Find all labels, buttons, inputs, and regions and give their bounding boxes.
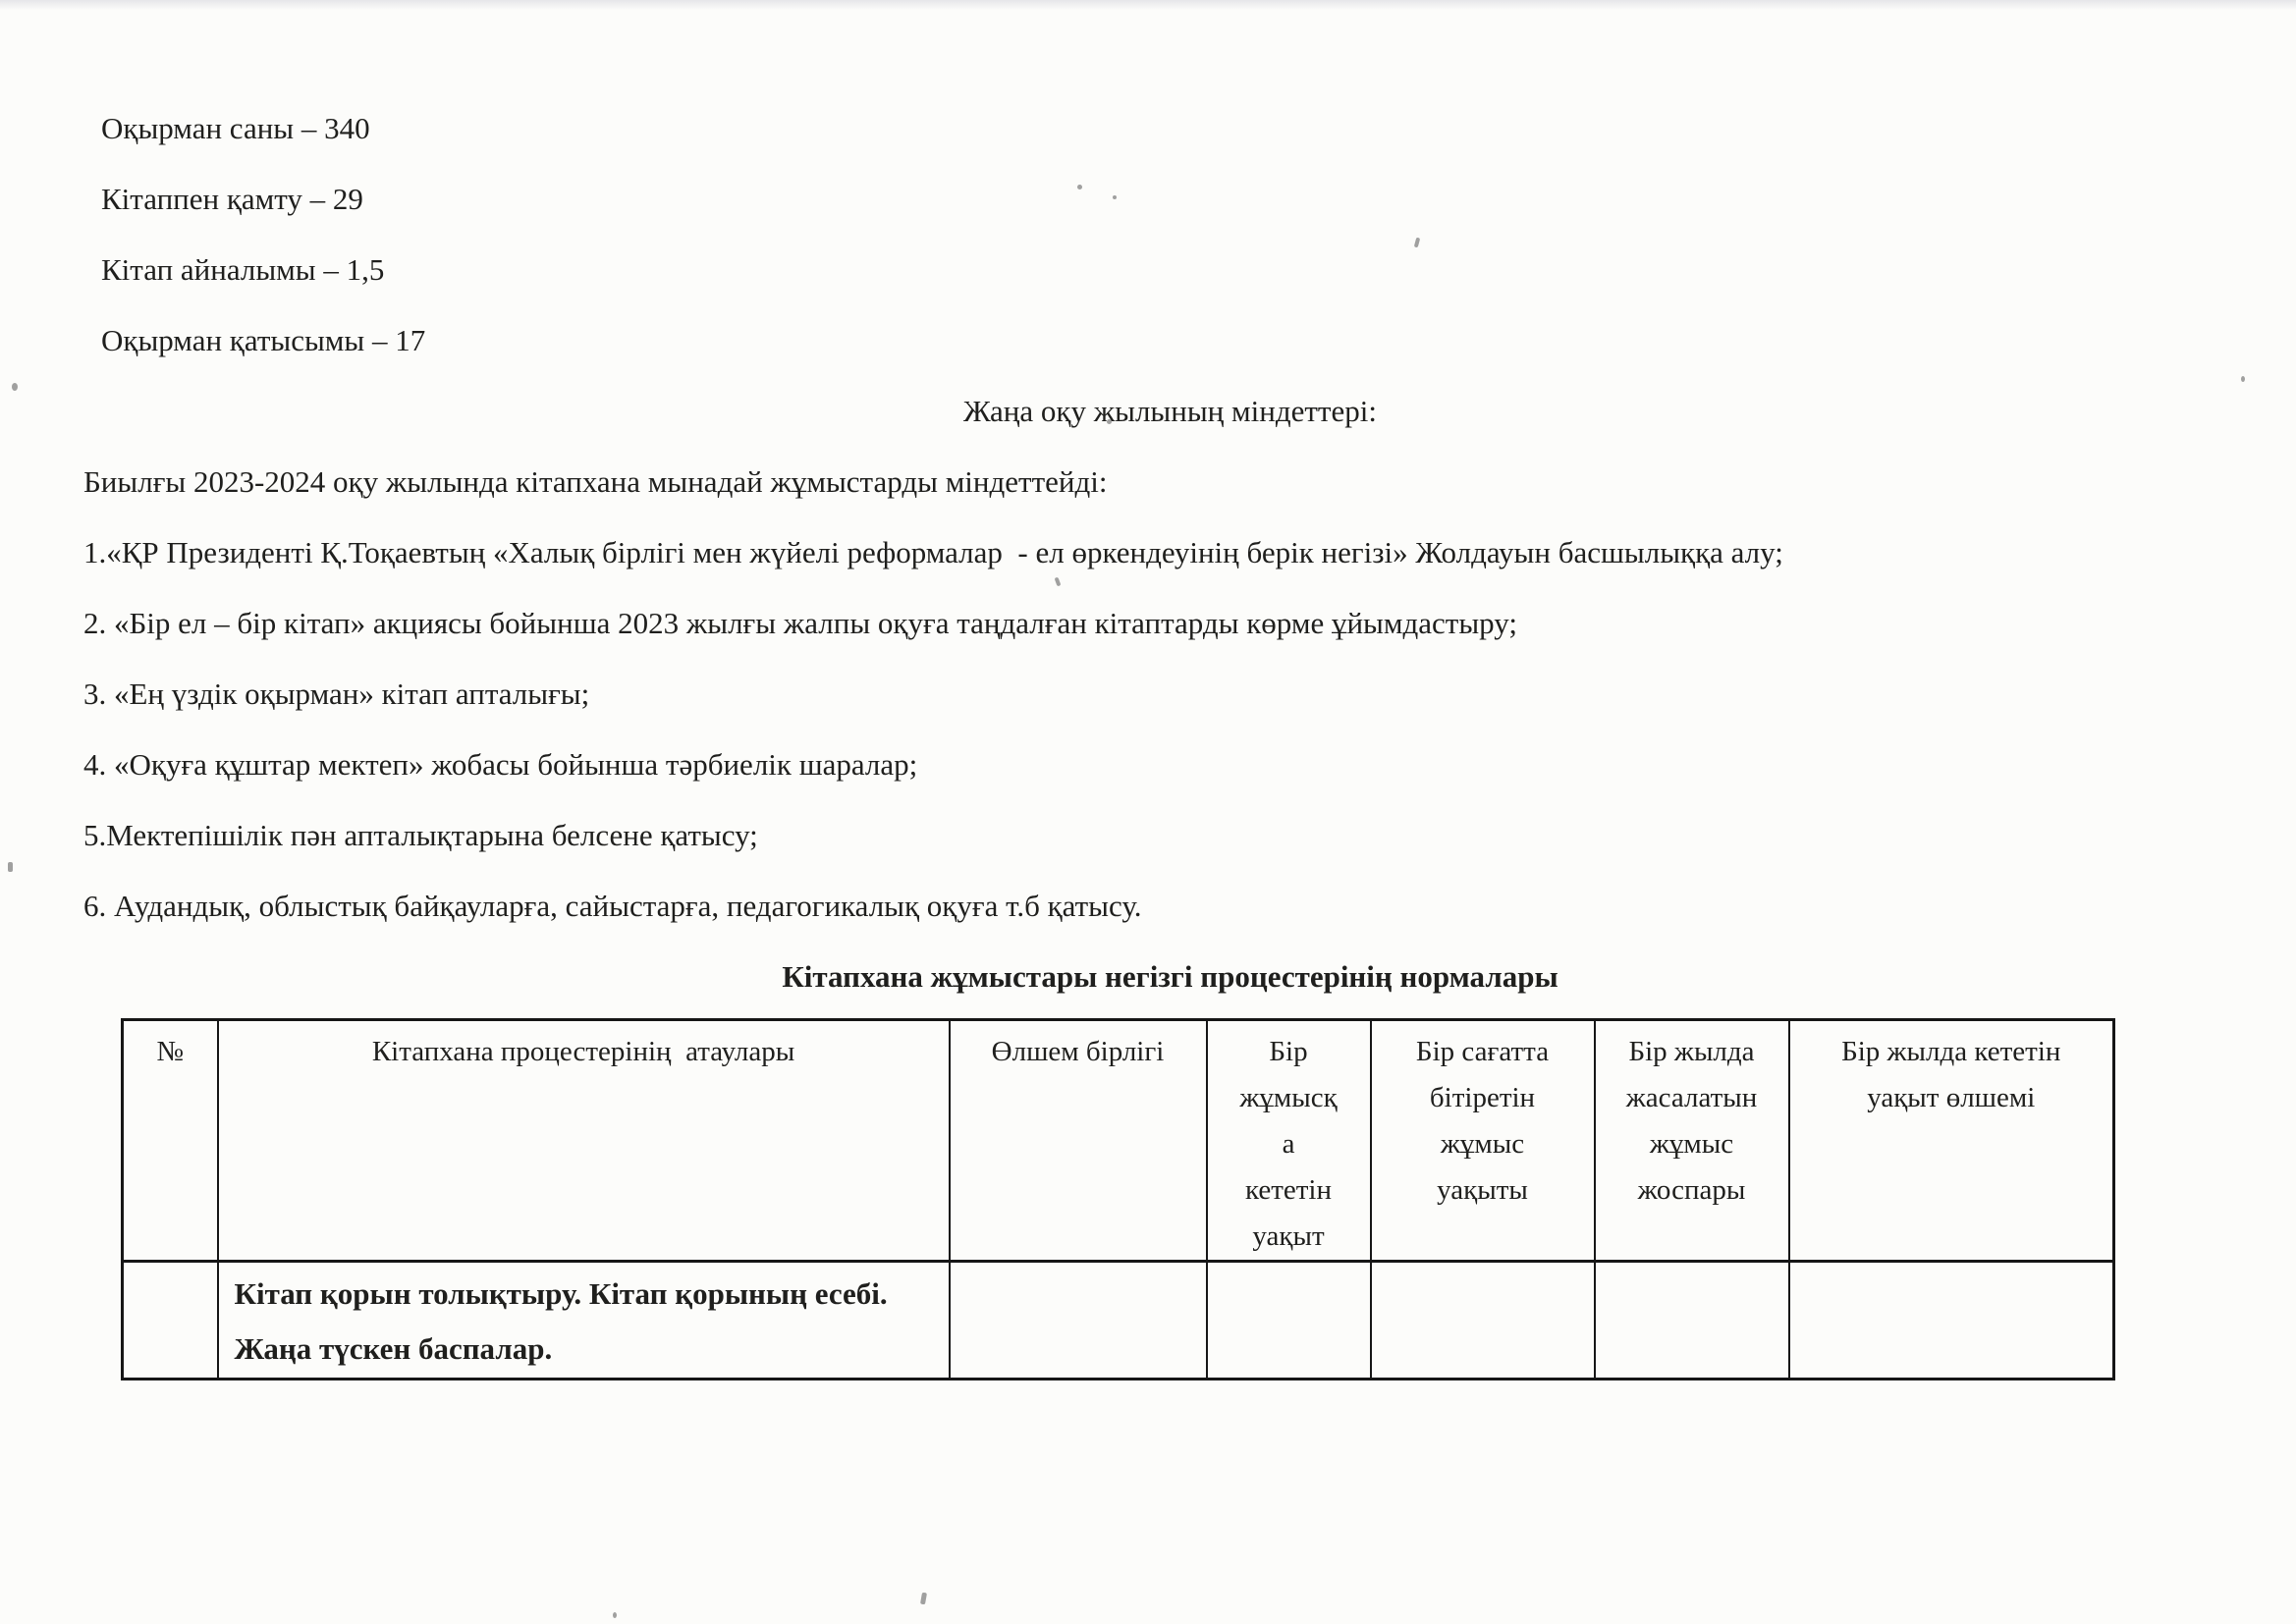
header-cell-yearly-time: Бір жылда кететін уақыт өлшемі [1789, 1020, 2114, 1262]
intro-paragraph: Биылғы 2023-2024 оқу жылында кітапхана м… [83, 466, 2257, 498]
stat-book-coverage: Кітаппен қамту – 29 [83, 184, 2257, 215]
task-item-5: 5.Мектепішілік пән апталықтарына белсене… [83, 820, 2257, 851]
document-content: Оқырман саны – 340 Кітаппен қамту – 29 К… [0, 0, 2296, 1380]
header-cell-yearly-work-plan: Бір жылда жасалатын жұмыс жоспары [1595, 1020, 1789, 1262]
stat-readers-count: Оқырман саны – 340 [83, 113, 2257, 144]
scanned-document-page: Оқырман саны – 340 Кітаппен қамту – 29 К… [0, 0, 2296, 1624]
row-cell-process-name: Кітап қорын толықтыру. Кітап қорының есе… [218, 1261, 950, 1379]
row-cell-number [123, 1261, 218, 1379]
scan-speck [613, 1612, 617, 1618]
task-item-3: 3. «Ең үздік оқырман» кітап апталығы; [83, 678, 2257, 710]
stat-book-turnover: Кітап айналымы – 1,5 [83, 254, 2257, 286]
stat-reader-attendance: Оқырман қатысымы – 17 [83, 325, 2257, 356]
row-cell-work-per-hour [1371, 1261, 1595, 1379]
norms-table: № Кітапхана процестерінің атаулары Өлшем… [121, 1018, 2115, 1380]
table-row: Кітап қорын толықтыру. Кітап қорының есе… [123, 1261, 2114, 1379]
header-cell-work-per-hour: Бір сағатта бітіретін жұмыс уақыты [1371, 1020, 1595, 1262]
row-cell-yearly-work-plan [1595, 1261, 1789, 1379]
scan-speck [920, 1593, 927, 1605]
header-cell-number: № [123, 1020, 218, 1262]
table-heading-norms: Кітапхана жұмыстары негізгі процестеріні… [83, 961, 2257, 993]
row-cell-yearly-time [1789, 1261, 2114, 1379]
task-item-4: 4. «Оқуға құштар мектеп» жобасы бойынша … [83, 749, 2257, 781]
table-header-row: № Кітапхана процестерінің атаулары Өлшем… [123, 1020, 2114, 1262]
section-heading-new-year-tasks: Жаңа оқу жылының міндеттері: [83, 396, 2257, 427]
task-item-2: 2. «Бір ел – бір кітап» акциясы бойынша … [83, 608, 2257, 639]
header-cell-time-per-task: Бір жұмысқ а кететін уақыт [1207, 1020, 1371, 1262]
header-cell-unit: Өлшем бірлігі [950, 1020, 1207, 1262]
task-item-1: 1.«ҚР Президенті Қ.Тоқаевтың «Халық бірл… [83, 537, 2257, 568]
row-cell-time-per-task [1207, 1261, 1371, 1379]
header-cell-process-names: Кітапхана процестерінің атаулары [218, 1020, 950, 1262]
task-item-6: 6. Аудандық, облыстық байқауларға, сайыс… [83, 891, 2257, 922]
row-cell-unit [950, 1261, 1207, 1379]
